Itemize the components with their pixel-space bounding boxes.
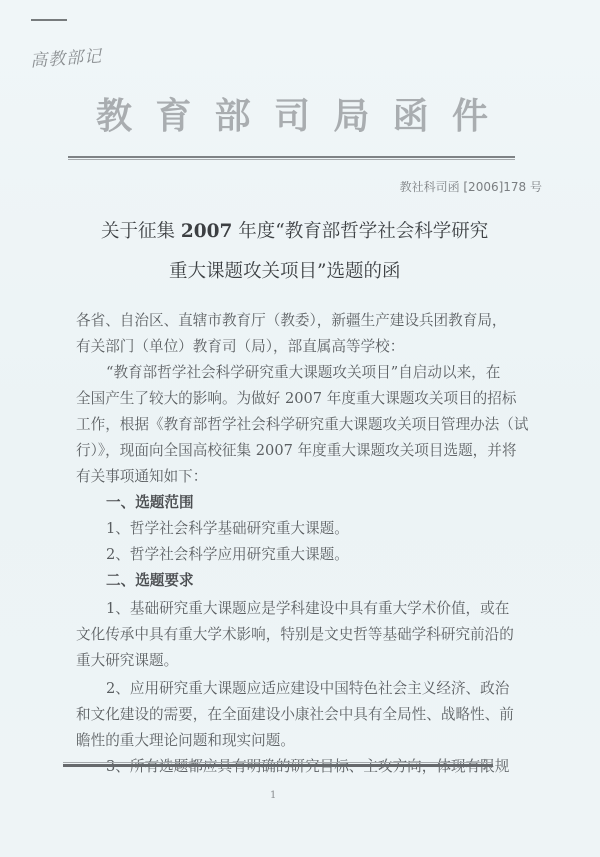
paragraph-line: 有关事项通知如下： (76, 464, 207, 490)
paragraph-line: 瞻性的重大理论问题和现实问题。 (76, 728, 295, 754)
footer-divider (63, 762, 493, 767)
letterhead-char: 部 (215, 94, 251, 138)
scanned-document-page: 高教部记 教 育 部 司 局 函 件 教社科司函 [2006]178 号 关于征… (0, 0, 600, 857)
letterhead-char: 教 (96, 94, 132, 138)
paragraph-line: 行）》，现面向全国高校征集 2007 年度重大课题攻关项目选题，并将 (76, 438, 516, 464)
title-suffix: 年度“教育部哲学社会科学研究 (232, 221, 488, 242)
addressee-line: 各省、自治区、直辖市教育厅（教委），新疆生产建设兵团教育局， (76, 308, 507, 334)
section-heading: 一、选题范围 (106, 490, 194, 516)
list-item: 2、哲学社会科学应用研究重大课题。 (106, 542, 349, 568)
title-year: 2007 (181, 221, 233, 242)
addressee-line: 有关部门（单位）教育司（局），部直属高等学校： (76, 334, 404, 360)
paragraph-line: 全国产生了较大的影响。为做好 2007 年度重大课题攻关项目的招标 (76, 386, 516, 412)
pen-dash-mark (31, 19, 67, 21)
handwritten-annotation: 高教部记 (29, 42, 103, 72)
paragraph-line: 2、应用研究重大课题应适应建设中国特色社会主义经济、政治 (106, 676, 509, 702)
paragraph-line: “教育部哲学社会科学研究重大课题攻关项目”自启动以来，在 (106, 360, 500, 386)
letterhead-divider (68, 156, 515, 160)
paragraph-line: 和文化建设的需要，在全面建设小康社会中具有全局性、战略性、前 (76, 702, 514, 728)
paragraph-line: 文化传承中具有重大学术影响，特别是文史哲等基础学科研究前沿的 (76, 622, 514, 648)
title-prefix: 关于征集 (101, 221, 181, 242)
letterhead-char: 局 (333, 94, 369, 138)
letterhead-char: 育 (155, 94, 191, 138)
title-line-2: 重大课题攻关项目”选题的函 (169, 258, 400, 286)
paragraph-line: 工作，根据《教育部哲学社会科学研究重大课题攻关项目管理办法（试 (76, 412, 528, 438)
paragraph-line: 3、所有选题都应具有明确的研究目标、主攻方向，体现有限规 (106, 754, 509, 780)
page-number: 1 (270, 790, 276, 801)
section-heading: 二、选题要求 (106, 568, 194, 594)
letterhead-char: 函 (393, 94, 429, 138)
paragraph-line: 1、基础研究重大课题应是学科建设中具有重大学术价值，或在 (106, 596, 509, 622)
paragraph-line: 重大研究课题。 (76, 648, 178, 674)
title-line-1: 关于征集 2007 年度“教育部哲学社会科学研究 (101, 218, 488, 246)
letterhead-char: 司 (274, 94, 310, 138)
document-number: 教社科司函 [2006]178 号 (400, 178, 542, 195)
list-item: 1、哲学社会科学基础研究重大课题。 (106, 516, 349, 542)
letterhead-title: 教 育 部 司 局 函 件 (96, 94, 488, 138)
letterhead-char: 件 (452, 94, 488, 138)
